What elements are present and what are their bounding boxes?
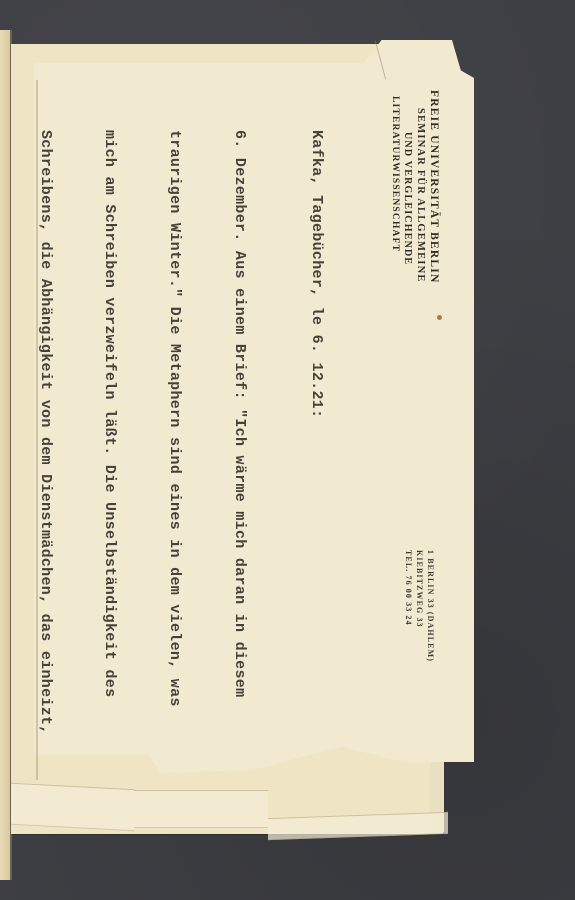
body-line: Schreibens, die Abhängigkeit von dem Die… (34, 130, 56, 735)
letterhead-line: LITERATURWISSENSCHAFT (388, 90, 401, 283)
tape-strip (11, 783, 135, 831)
ink-dot-mark (437, 315, 442, 320)
body-line: mich am Schreiben verzweifeln läßt. Die … (99, 130, 121, 735)
body-line: traurigen Winter." Die Metaphern sind ei… (164, 130, 186, 735)
address-block: 1 BERLIN 33 (DAHLEM) KIEBITZWEG 33 TEL. … (403, 550, 436, 662)
rotated-page-content: FREIE UNIVERSITÄT BERLIN SEMINAR FÜR ALL… (70, 60, 470, 840)
tape-strip (134, 790, 268, 828)
address-line: 1 BERLIN 33 (DAHLEM) (425, 550, 436, 662)
letterhead-line: SEMINAR FÜR ALLGEMEINE (414, 90, 427, 283)
letterhead-line: FREIE UNIVERSITÄT BERLIN (427, 90, 440, 283)
address-line: KIEBITZWEG 33 (414, 550, 425, 662)
letterhead: FREIE UNIVERSITÄT BERLIN SEMINAR FÜR ALL… (388, 90, 440, 283)
body-line: 6. Dezember. Aus einem Brief: "Ich wärme… (228, 130, 250, 735)
address-line: TEL. 76 00 33 24 (403, 550, 414, 662)
typed-body: Kafka, Tagebücher, le 6. 12.21: 6. Dezem… (0, 130, 370, 735)
document-title: Kafka, Tagebücher, le 6. 12.21: (305, 130, 327, 735)
letterhead-line: UND VERGLEICHENDE (401, 90, 414, 283)
